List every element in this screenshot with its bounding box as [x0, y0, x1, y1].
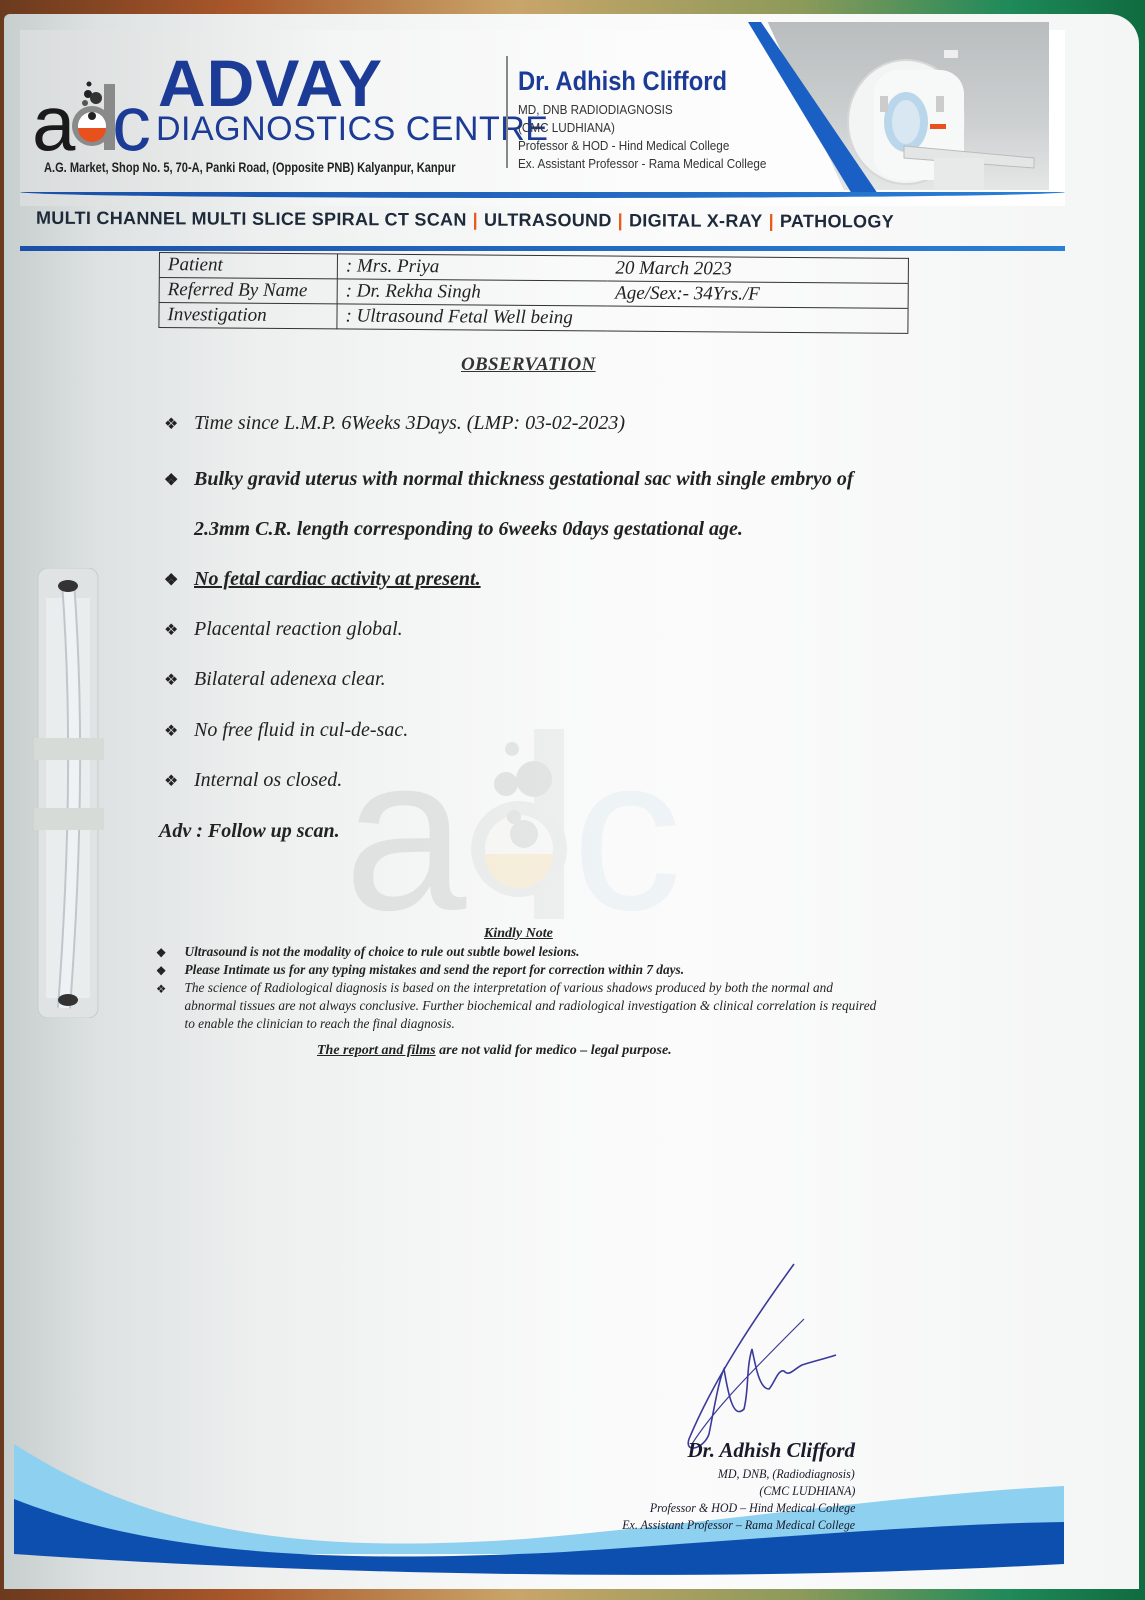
centre-address: A.G. Market, Shop No. 5, 70-A, Panki Roa…: [44, 160, 455, 175]
age-sex: Age/Sex:- 34Yrs./F: [607, 281, 908, 308]
signatory-qualification: MD, DNB, (Radiodiagnosis): [718, 1466, 855, 1482]
table-row: Investigation : Ultrasound Fetal Well be…: [159, 303, 908, 334]
list-item: ❖Ultrasound is not the modality of choic…: [156, 944, 878, 962]
bullet-icon: ❖: [164, 414, 194, 434]
signature-icon: [674, 1259, 854, 1459]
header-doctor-former-position: Ex. Assistant Professor - Rama Medical C…: [518, 156, 766, 171]
bullet-icon: ❖: [164, 620, 194, 640]
investigation-value: : Ultrasound Fetal Well being: [337, 304, 607, 331]
list-item: ❖The science of Radiological diagnosis i…: [156, 980, 878, 1034]
svg-text:c: c: [112, 79, 151, 158]
investigation-label: Investigation: [159, 303, 337, 329]
list-item-continuation: 2.3mm C.R. length corresponding to 6week…: [194, 518, 743, 541]
legal-underlined: The report and films: [317, 1043, 436, 1058]
referred-by-label: Referred By Name: [159, 278, 337, 304]
brand-subtitle: DIAGNOSTICS CENTRE: [156, 112, 548, 146]
adc-logo-icon: a c: [32, 76, 152, 158]
note-bowel: Ultrasound is not the modality of choice…: [185, 945, 580, 960]
svg-text:a: a: [344, 729, 467, 929]
adc-watermark-icon: a c: [344, 729, 714, 929]
brand-title: ADVAY: [158, 50, 383, 116]
list-item: ❖Bulky gravid uterus with normal thickne…: [164, 468, 854, 491]
bullet-icon: ❖: [156, 962, 166, 980]
bullet-icon: ❖: [156, 944, 166, 962]
observation-adenexa: Bilateral adenexa clear.: [194, 668, 386, 690]
patient-info-table: Patient : Mrs. Priya 20 March 2023 Refer…: [158, 252, 909, 334]
svg-text:a: a: [32, 79, 76, 158]
signatory-position: Professor & HOD – Hind Medical College: [649, 1500, 855, 1516]
list-item: ❖Bilateral adenexa clear.: [164, 668, 386, 691]
service-digital-xray: DIGITAL X-RAY: [629, 210, 763, 231]
header-doctor-qualification: MD, DNB RADIODIAGNOSIS: [518, 102, 673, 117]
observation-uterus: Bulky gravid uterus with normal thicknes…: [194, 468, 854, 490]
observation-fluid: No free fluid in cul-de-sac.: [194, 719, 408, 741]
note-list: ❖Ultrasound is not the modality of choic…: [156, 944, 916, 1034]
report-page: a c ADVAY DIAGNOSTICS CENTRE A.G. Market…: [4, 14, 1139, 1589]
service-ct-scan: MULTI CHANNEL MULTI SLICE SPIRAL CT SCAN: [36, 208, 467, 230]
note-science: The science of Radiological diagnosis is…: [185, 981, 877, 1032]
list-item: ❖No fetal cardiac activity at present.: [164, 568, 481, 591]
list-item: ❖Internal os closed.: [164, 769, 342, 792]
header-doctor-position: Professor & HOD - Hind Medical College: [518, 138, 729, 153]
advice-text: Adv : Follow up scan.: [159, 820, 340, 843]
header-doctor-name: Dr. Adhish Clifford: [518, 66, 727, 97]
signatory-name: Dr. Adhish Clifford: [688, 1438, 855, 1463]
services-band-bottom: [20, 246, 1065, 251]
list-item: ❖No free fluid in cul-de-sac.: [164, 719, 408, 742]
observation-placenta: Placental reaction global.: [194, 618, 403, 640]
signatory-former-position: Ex. Assistant Professor – Rama Medical C…: [622, 1517, 855, 1533]
patient-label: Patient: [159, 253, 337, 279]
observation-lmp: Time since L.M.P. 6Weeks 3Days. (LMP: 03…: [194, 412, 625, 434]
list-item: ❖Placental reaction global.: [164, 618, 403, 641]
bullet-icon: ❖: [164, 570, 194, 590]
empty-cell: [607, 306, 908, 333]
legal-rest: are not valid for medico – legal purpose…: [436, 1043, 672, 1058]
service-separator: |: [763, 211, 780, 231]
referred-by-value: : Dr. Rekha Singh: [337, 279, 607, 306]
bullet-icon: ❖: [164, 670, 194, 690]
ct-scanner-icon: [834, 50, 1044, 190]
signatory-institute: (CMC LUDHIANA): [759, 1483, 855, 1499]
observation-title: OBSERVATION: [461, 354, 596, 376]
binder-clip-icon: [34, 568, 104, 1018]
observation-crl: 2.3mm C.R. length corresponding to 6week…: [194, 518, 743, 540]
service-separator: |: [612, 210, 629, 230]
bullet-icon: ❖: [156, 980, 166, 998]
list-item: ❖Please Intimate us for any typing mista…: [156, 962, 878, 980]
observation-os: Internal os closed.: [194, 769, 342, 791]
bullet-icon: ❖: [164, 721, 194, 741]
header-doctor-institute: (CMC LUDHIANA): [518, 120, 615, 135]
services-line: MULTI CHANNEL MULTI SLICE SPIRAL CT SCAN…: [36, 208, 1046, 233]
list-item: ❖Time since L.M.P. 6Weeks 3Days. (LMP: 0…: [164, 412, 625, 435]
header-divider: [506, 56, 508, 168]
bullet-icon: ❖: [164, 771, 194, 791]
observation-cardiac: No fetal cardiac activity at present.: [194, 568, 481, 590]
note-typing: Please Intimate us for any typing mistak…: [185, 963, 685, 978]
note-title: Kindly Note: [484, 926, 553, 942]
legal-disclaimer: The report and films are not valid for m…: [317, 1043, 672, 1059]
report-date: 20 March 2023: [607, 256, 908, 283]
service-separator: |: [467, 210, 484, 230]
svg-text:c: c: [572, 729, 682, 929]
bullet-icon: ❖: [164, 470, 194, 490]
footer-wave-decoration: [4, 1434, 1139, 1589]
patient-name: : Mrs. Priya: [337, 254, 607, 281]
service-pathology: PATHOLOGY: [780, 211, 894, 231]
service-ultrasound: ULTRASOUND: [484, 210, 612, 231]
